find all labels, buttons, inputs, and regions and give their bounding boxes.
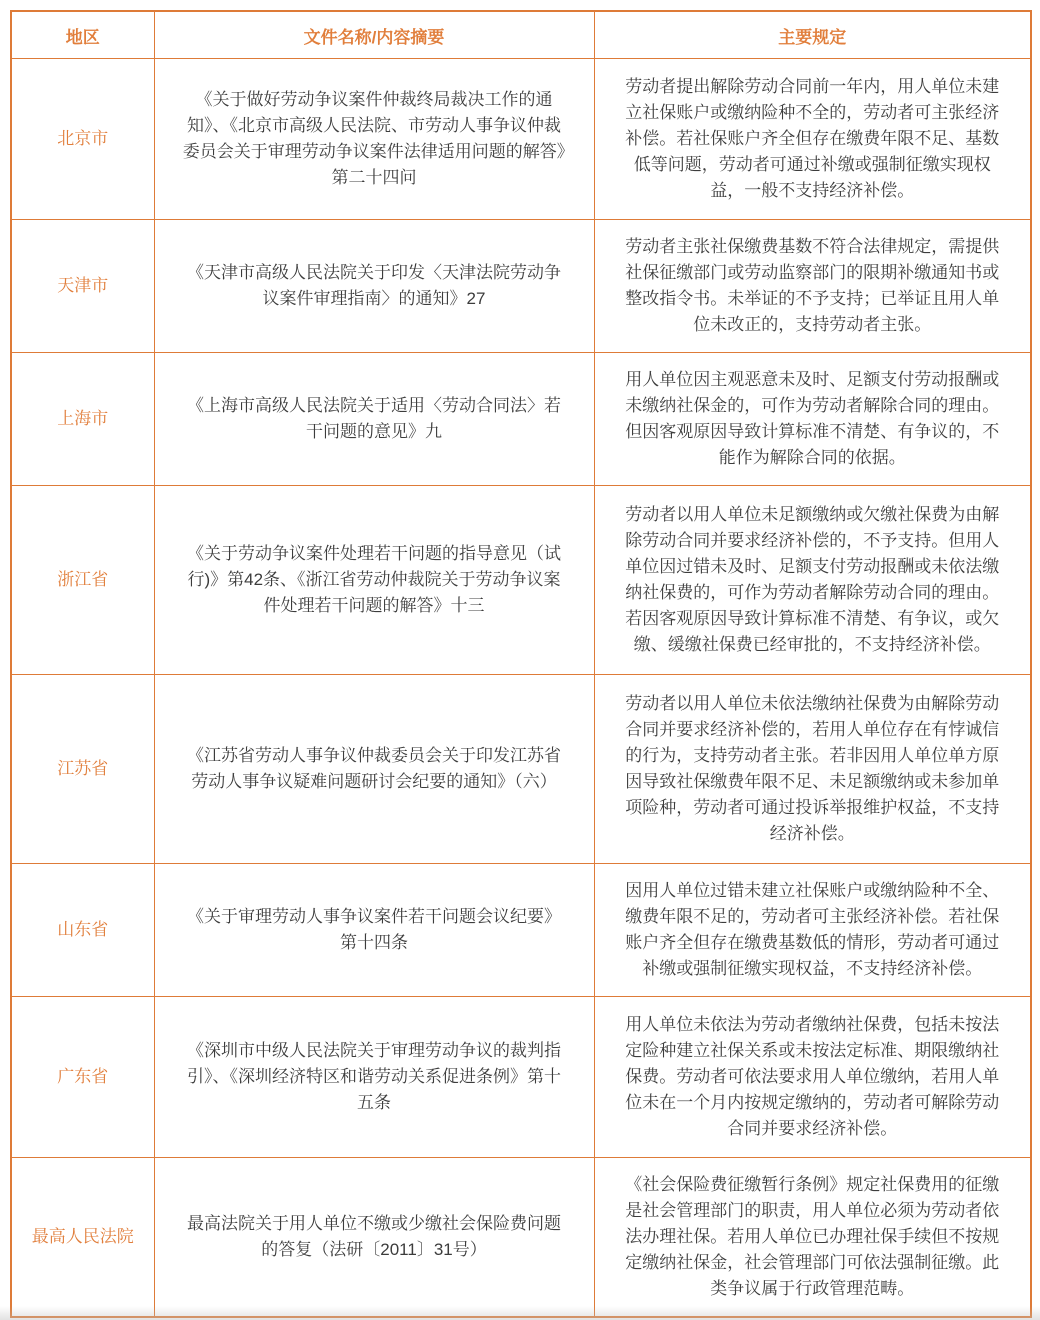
table-row-guangdong: 广东省 《深圳市中级人民法院关于审理劳动争议的裁判指引》、《深圳经济特区和谐劳动… [11, 997, 1031, 1158]
region-cell: 山东省 [11, 864, 154, 997]
provision-cell: 劳动者主张社保缴费基数不符合法律规定，需提供社保征缴部门或劳动监察部门的限期补缴… [594, 220, 1031, 353]
document-cell: 《天津市高级人民法院关于印发〈天津法院劳动争议案件审理指南〉的通知》27 [154, 220, 594, 353]
table-row-zhejiang: 浙江省 《关于劳动争议案件处理若干问题的指导意见（试行)》第42条、《浙江省劳动… [11, 486, 1031, 675]
table-row-tianjin: 天津市 《天津市高级人民法院关于印发〈天津法院劳动争议案件审理指南〉的通知》27… [11, 220, 1031, 353]
provision-cell: 《社会保险费征缴暂行条例》规定社保费用的征缴是社会管理部门的职责，用人单位必须为… [594, 1158, 1031, 1318]
region-cell: 上海市 [11, 353, 154, 486]
region-cell: 北京市 [11, 59, 154, 220]
document-cell: 《关于劳动争议案件处理若干问题的指导意见（试行)》第42条、《浙江省劳动仲裁院关… [154, 486, 594, 675]
provision-cell: 因用人单位过错未建立社保账户或缴纳险种不全、缴费年限不足的，劳动者可主张经济补偿… [594, 864, 1031, 997]
document-cell: 《关于审理劳动人事争议案件若干问题会议纪要》第十四条 [154, 864, 594, 997]
header-row: 地区 文件名称/内容摘要 主要规定 [11, 11, 1031, 59]
page: 地区 文件名称/内容摘要 主要规定 北京市 《关于做好劳动争议案件仲裁终局裁决工… [0, 0, 1040, 1320]
header-provision: 主要规定 [594, 11, 1031, 59]
region-cell: 江苏省 [11, 675, 154, 864]
table-row-shandong: 山东省 《关于审理劳动人事争议案件若干问题会议纪要》第十四条 因用人单位过错未建… [11, 864, 1031, 997]
regulations-table: 地区 文件名称/内容摘要 主要规定 北京市 《关于做好劳动争议案件仲裁终局裁决工… [10, 10, 1032, 1318]
provision-cell: 劳动者提出解除劳动合同前一年内，用人单位未建立社保账户或缴纳险种不全的，劳动者可… [594, 59, 1031, 220]
provision-cell: 劳动者以用人单位未足额缴纳或欠缴社保费为由解除劳动合同并要求经济补偿的，不予支持… [594, 486, 1031, 675]
region-cell: 天津市 [11, 220, 154, 353]
table-row-jiangsu: 江苏省 《江苏省劳动人事争议仲裁委员会关于印发江苏省劳动人事争议疑难问题研讨会纪… [11, 675, 1031, 864]
table-row-shanghai: 上海市 《上海市高级人民法院关于适用〈劳动合同法〉若干问题的意见》九 用人单位因… [11, 353, 1031, 486]
document-cell: 《江苏省劳动人事争议仲裁委员会关于印发江苏省劳动人事争议疑难问题研讨会纪要的通知… [154, 675, 594, 864]
provision-cell: 用人单位未依法为劳动者缴纳社保费，包括未按法定险种建立社保关系或未按法定标准、期… [594, 997, 1031, 1158]
table-row-supreme-court: 最高人民法院 最高法院关于用人单位不缴或少缴社会保险费问题的答复（法研〔2011… [11, 1158, 1031, 1318]
table-body: 北京市 《关于做好劳动争议案件仲裁终局裁决工作的通知》、《北京市高级人民法院、市… [11, 59, 1031, 1318]
document-cell: 最高法院关于用人单位不缴或少缴社会保险费问题的答复（法研〔2011〕31号） [154, 1158, 594, 1318]
provision-cell: 劳动者以用人单位未依法缴纳社保费为由解除劳动合同并要求经济补偿的，若用人单位存在… [594, 675, 1031, 864]
document-cell: 《深圳市中级人民法院关于审理劳动争议的裁判指引》、《深圳经济特区和谐劳动关系促进… [154, 997, 594, 1158]
region-cell: 最高人民法院 [11, 1158, 154, 1318]
document-cell: 《上海市高级人民法院关于适用〈劳动合同法〉若干问题的意见》九 [154, 353, 594, 486]
document-cell: 《关于做好劳动争议案件仲裁终局裁决工作的通知》、《北京市高级人民法院、市劳动人事… [154, 59, 594, 220]
table-row-beijing: 北京市 《关于做好劳动争议案件仲裁终局裁决工作的通知》、《北京市高级人民法院、市… [11, 59, 1031, 220]
provision-cell: 用人单位因主观恶意未及时、足额支付劳动报酬或未缴纳社保金的，可作为劳动者解除合同… [594, 353, 1031, 486]
region-cell: 浙江省 [11, 486, 154, 675]
region-cell: 广东省 [11, 997, 154, 1158]
header-document: 文件名称/内容摘要 [154, 11, 594, 59]
header-region: 地区 [11, 11, 154, 59]
table-header: 地区 文件名称/内容摘要 主要规定 [11, 11, 1031, 59]
